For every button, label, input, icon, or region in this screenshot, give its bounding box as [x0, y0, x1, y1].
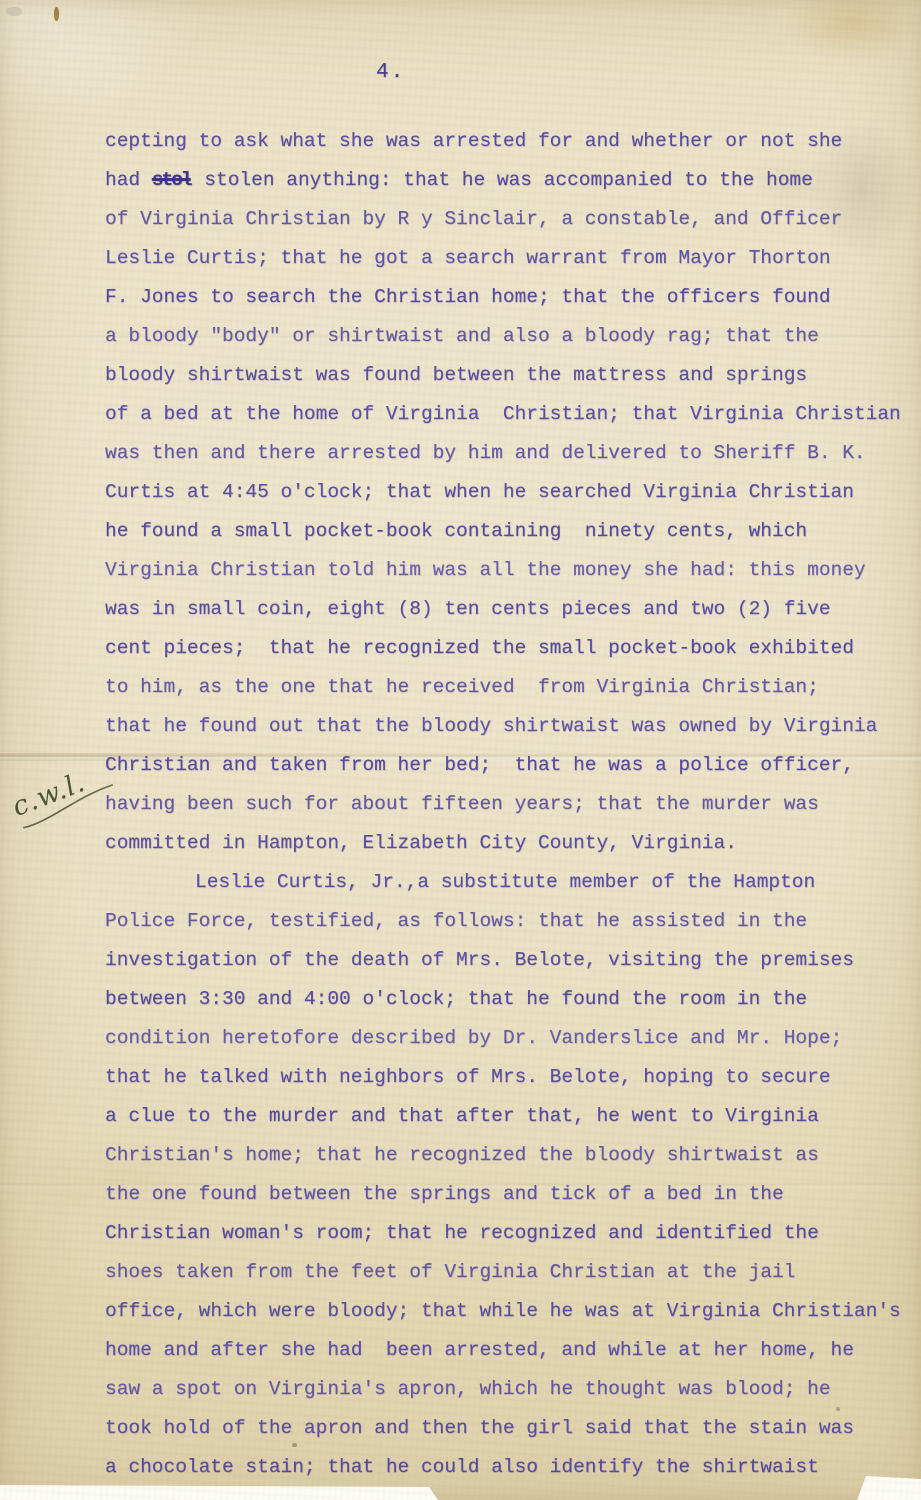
- typed-line: Curtis at 4:45 o'clock; that when he sea…: [105, 473, 917, 512]
- typed-line: that he talked with neighbors of Mrs. Be…: [105, 1058, 917, 1097]
- typed-line: saw a spot on Virginia's apron, which he…: [105, 1370, 917, 1409]
- struck-word: stol: [152, 169, 191, 191]
- typed-line: condition heretofore described by Dr. Va…: [105, 1019, 917, 1058]
- typed-text-block: cepting to ask what she was arrested for…: [105, 122, 917, 1487]
- typed-line: office, which were bloody; that while he…: [105, 1292, 917, 1331]
- typed-line: home and after she had been arrested, an…: [105, 1331, 917, 1370]
- typed-line: was then and there arrested by him and d…: [105, 434, 917, 473]
- typed-line-paragraph-start: Leslie Curtis, Jr.,a substitute member o…: [105, 863, 917, 902]
- typed-text: had: [105, 169, 152, 191]
- typed-line: Christian woman's room; that he recogniz…: [105, 1214, 917, 1253]
- typed-line: took hold of the apron and then the girl…: [105, 1409, 917, 1448]
- typed-line: investigation of the death of Mrs. Belot…: [105, 941, 917, 980]
- typed-line: to him, as the one that he received from…: [105, 668, 917, 707]
- typed-line: of a bed at the home of Virginia Christi…: [105, 395, 917, 434]
- typed-line: had stol stolen anything: that he was ac…: [105, 161, 917, 200]
- typed-line: of Virginia Christian by R y Sinclair, a…: [105, 200, 917, 239]
- typed-line: cent pieces; that he recognized the smal…: [105, 629, 917, 668]
- typed-line: Christian and taken from her bed; that h…: [105, 746, 917, 785]
- typed-line: between 3:30 and 4:00 o'clock; that he f…: [105, 980, 917, 1019]
- typed-line: shoes taken from the feet of Virginia Ch…: [105, 1253, 917, 1292]
- typed-line: a bloody "body" or shirtwaist and also a…: [105, 317, 917, 356]
- typed-line: that he found out that the bloody shirtw…: [105, 707, 917, 746]
- typed-line: a chocolate stain; that he could also id…: [105, 1448, 917, 1487]
- typed-line: Christian's home; that he recognized the…: [105, 1136, 917, 1175]
- typed-line: was in small coin, eight (8) ten cents p…: [105, 590, 917, 629]
- typed-line: having been such for about fifteen years…: [105, 785, 917, 824]
- typed-line: committed in Hampton, Elizabeth City Cou…: [105, 824, 917, 863]
- typed-line: a clue to the murder and that after that…: [105, 1097, 917, 1136]
- typed-line: cepting to ask what she was arrested for…: [105, 122, 917, 161]
- typed-line: the one found between the springs and ti…: [105, 1175, 917, 1214]
- typed-line: Leslie Curtis; that he got a search warr…: [105, 239, 917, 278]
- page-number: 4.: [376, 61, 405, 84]
- typed-line: he found a small pocket-book containing …: [105, 512, 917, 551]
- typed-line: F. Jones to search the Christian home; t…: [105, 278, 917, 317]
- paper-speck: [54, 7, 59, 21]
- typed-line: Virginia Christian told him was all the …: [105, 551, 917, 590]
- typed-text: stolen anything: that he was accompanied…: [193, 169, 813, 191]
- typed-line: bloody shirtwaist was found between the …: [105, 356, 917, 395]
- typed-line: Police Force, testified, as follows: tha…: [105, 902, 917, 941]
- paper-speck: [6, 7, 22, 16]
- document-scan: 4. c.w.l. cepting to ask what she was ar…: [0, 0, 921, 1500]
